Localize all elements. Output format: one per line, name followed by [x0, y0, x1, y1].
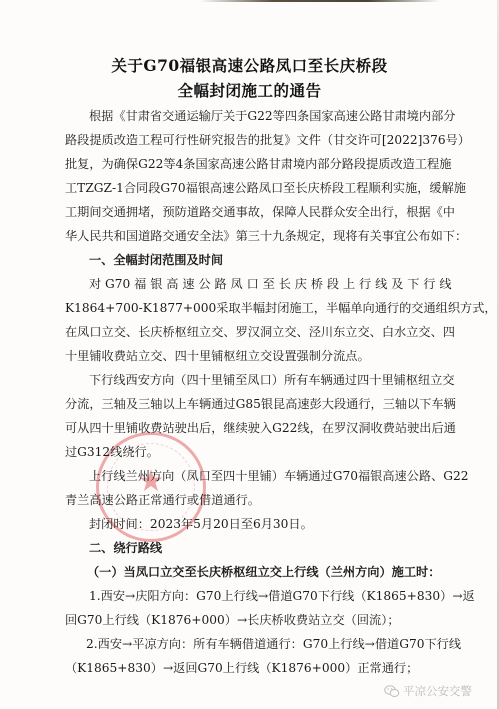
- paragraph-line: 工期间交通拥堵，预防道路交通事故，保障人民群众安全出行，根据《中: [65, 204, 437, 220]
- paragraph-line: 华人民共和国道路交通安全法》第三十九条规定，现将有关事宜公布如下：: [65, 228, 437, 244]
- paragraph-line: 青兰高速公路正常通行或借道通行。: [65, 492, 437, 508]
- closure-period: 封闭时间：2023年5月20日至6月30日。: [89, 516, 437, 532]
- source-watermark: 平凉公安交警: [384, 683, 472, 699]
- route-item-1: 1.西安→庆阳方向：G70上行线→借道G70下行线（K1865+830）→返: [89, 588, 437, 604]
- paragraph-line: 路段提质改造工程可行性研究报告的批复》文件（甘交许可[2022]376号）: [65, 132, 437, 148]
- paragraph-line: 可从四十里铺收费站驶出后，继续驶入G22线，在罗汉洞收费站驶出后通: [65, 420, 437, 436]
- route-item-2-cont: （K1865+830）→返回G70上行线（K1876+000）正常通行；: [65, 660, 437, 676]
- paragraph-line: K1864+700-K1877+000采取半幅封闭施工，半幅单向通行的交通组织方…: [65, 300, 437, 316]
- notice-document: 关于G70福银高速公路凤口至长庆桥段 全幅封闭施工的通告 ★ 根据《甘肃省交通运…: [0, 0, 499, 709]
- paragraph-line: 过G312线绕行。: [65, 444, 437, 460]
- paragraph-line: 十里铺收费站立交、四十里铺枢纽立交设置强制分流点。: [65, 348, 437, 364]
- photo-top-edge: [200, 0, 440, 2]
- document-title-line-1: 关于G70福银高速公路凤口至长庆桥段: [0, 54, 499, 76]
- paragraph-line: 分流，三轴及三轴以上车辆通过G85银昆高速彭大段通行，三轴以下车辆: [65, 396, 437, 412]
- section-heading-1: 一、全幅封闭范围及时间: [89, 252, 437, 268]
- document-title-line-2: 全幅封闭施工的通告: [0, 79, 499, 101]
- route-item-1-cont: 回G70上行线（K1876+000）→长庆桥收费站立交（回流）；: [65, 612, 437, 628]
- paragraph-line: 对 G70 福 银 高 速 公 路 凤 口 至 长 庆 桥 段 上 行 线 及 …: [89, 276, 437, 292]
- paragraph-line: 根据《甘肃省交通运输厅关于G22等四条国家高速公路甘肃境内部分: [89, 108, 437, 124]
- section-heading-2: 二、绕行路线: [89, 540, 437, 556]
- paragraph-line: 在凤口立交、长庆桥枢纽立交、罗汉洞立交、泾川东立交、白水立交、四: [65, 324, 437, 340]
- route-item-2: 2.西安→平凉方向：所有车辆借道通行：G70上行线→借道G70下行线: [86, 636, 437, 652]
- paragraph-line: 下行线西安方向（四十里铺至凤口）所有车辆通过四十里铺枢纽立交: [89, 372, 437, 388]
- paragraph-line: 批复，为确保G22等4条国家高速公路甘肃境内部分路段提质改造工程施: [65, 156, 437, 172]
- subsection-heading: （一）当凤口立交至长庆桥枢纽立交上行线（兰州方向）施工时：: [87, 564, 435, 580]
- watermark-text: 平凉公安交警: [403, 683, 472, 699]
- wechat-icon: [384, 685, 400, 698]
- paragraph-line: 上行线兰州方向（凤口至四十里铺）车辆通过G70福银高速公路、G22: [89, 468, 437, 484]
- paragraph-line: 工TZGZ-1合同段G70福银高速公路凤口至长庆桥段工程顺利实施，缓解施: [65, 180, 437, 196]
